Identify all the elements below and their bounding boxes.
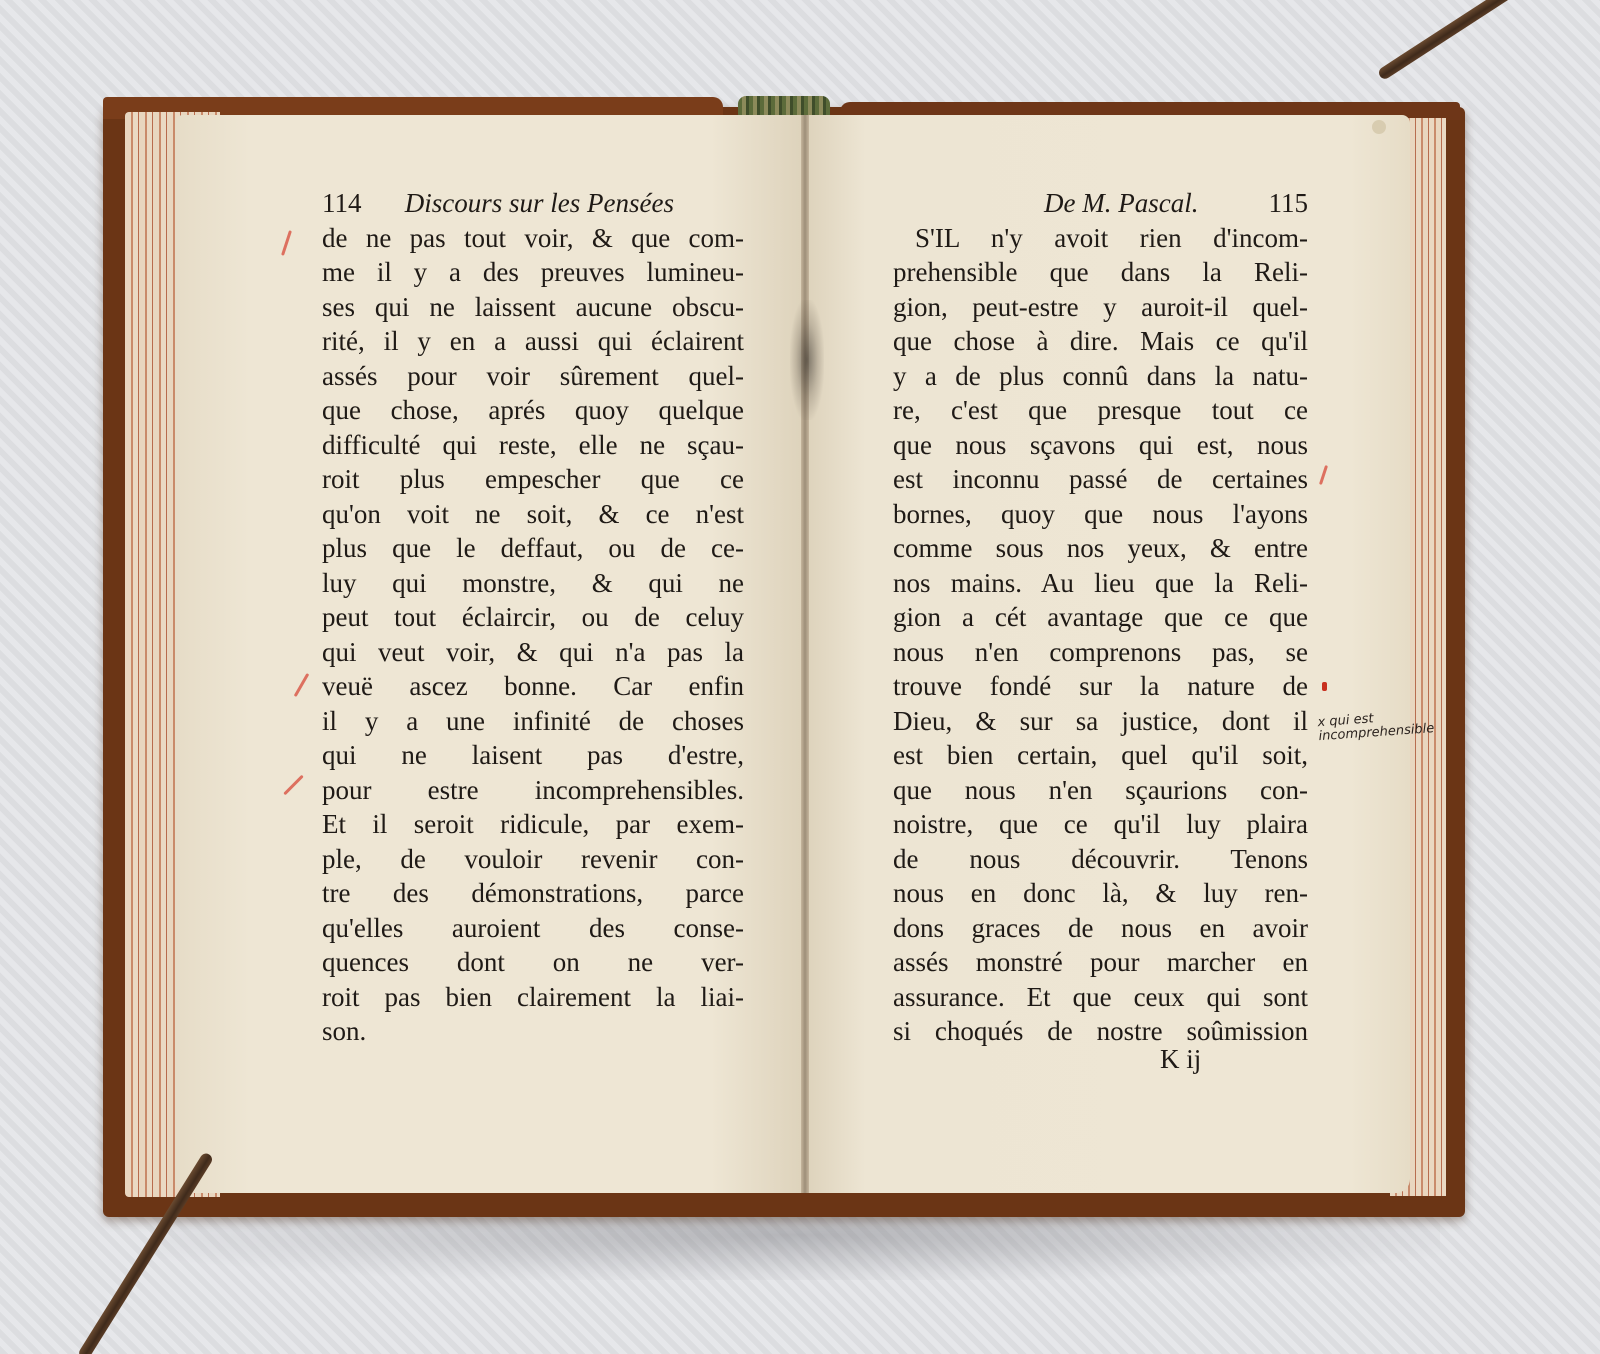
text-line: Dieu, & sur sa justice, dont il [893, 704, 1308, 739]
right-page-text: De M. Pascal. 115 S'IL n'y avoit rien d'… [893, 186, 1308, 1049]
running-head-title: De M. Pascal. [1044, 186, 1198, 221]
text-line: roit plus empescher que ce [322, 462, 744, 497]
text-line: ple, de vouloir revenir con- [322, 842, 744, 877]
text-line: prehensible que dans la Reli- [893, 255, 1308, 290]
text-line: de ne pas tout voir, & que com- [322, 221, 744, 256]
text-line: quences dont on ne ver- [322, 945, 744, 980]
text-line: roit pas bien clairement la liai- [322, 980, 744, 1015]
text-line: trouve fondé sur la nature de [893, 669, 1308, 704]
text-line: me il y a des preuves lumineu- [322, 255, 744, 290]
text-line: nous n'en comprenons pas, se [893, 635, 1308, 670]
page-number: 115 [1269, 186, 1309, 221]
text-line: que chose à dire. Mais ce qu'il [893, 324, 1308, 359]
text-line: dons graces de nous en avoir [893, 911, 1308, 946]
text-line: nos mains. Au lieu que la Reli- [893, 566, 1308, 601]
text-line: si choqués de nostre soûmission [893, 1014, 1308, 1049]
text-line: il y a une infinité de choses [322, 704, 744, 739]
text-line: nous en donc là, & luy ren- [893, 876, 1308, 911]
text-line: peut tout éclaircir, ou de celuy [322, 600, 744, 635]
signature-mark: K ij [1160, 1044, 1201, 1075]
text-line: rité, il y en a aussi qui éclairent [322, 324, 744, 359]
text-line: est inconnu passé de certaines [893, 462, 1308, 497]
text-line: son. [322, 1014, 744, 1049]
text-line: que chose, aprés quoy quelque [322, 393, 744, 428]
text-line: assés pour voir sûrement quel- [322, 359, 744, 394]
text-line: gion, peut-estre y auroit-il quel- [893, 290, 1308, 325]
right-running-head: De M. Pascal. 115 [893, 186, 1308, 221]
text-line: gion a cét avantage que ce que [893, 600, 1308, 635]
text-line: bornes, quoy que nous l'ayons [893, 497, 1308, 532]
text-line: luy qui monstre, & qui ne [322, 566, 744, 601]
book-gutter [801, 115, 809, 1193]
text-line: que nous n'en sçaurions con- [893, 773, 1308, 808]
text-line: plus que le deffaut, ou de ce- [322, 531, 744, 566]
text-line: assurance. Et que ceux qui sont [893, 980, 1308, 1015]
text-line: ses qui ne laissent aucune obscu- [322, 290, 744, 325]
text-line: est bien certain, quel qu'il soit, [893, 738, 1308, 773]
text-line: y a de plus connû dans la natu- [893, 359, 1308, 394]
ink-smudge [790, 300, 824, 420]
text-line: qu'on voit ne soit, & ce n'est [322, 497, 744, 532]
text-line: S'IL n'y avoit rien d'incom- [893, 221, 1308, 256]
text-line: comme sous nos yeux, & entre [893, 531, 1308, 566]
text-line: qui veut voir, & qui n'a pas la [322, 635, 744, 670]
running-head-title: Discours sur les Pensées [405, 186, 674, 221]
text-line: qu'elles auroient des conse- [322, 911, 744, 946]
left-page-text: 114 Discours sur les Pensées de ne pas t… [322, 186, 744, 1049]
text-line: pour estre incomprehensibles. [322, 773, 744, 808]
text-line: veuë asсez bonne. Car enfin [322, 669, 744, 704]
red-margin-dot [1322, 682, 1327, 691]
text-line: que nous sçavons qui est, nous [893, 428, 1308, 463]
text-line: noistre, que ce qu'il luy plaira [893, 807, 1308, 842]
text-line: re, c'est que presque tout ce [893, 393, 1308, 428]
left-running-head: 114 Discours sur les Pensées [322, 186, 744, 221]
page-number: 114 [322, 186, 362, 221]
text-line: tre des démonstrations, parce [322, 876, 744, 911]
text-line: Et il seroit ridicule, par exem- [322, 807, 744, 842]
rod-tip [1372, 120, 1386, 134]
text-line: difficulté qui reste, elle ne sçau- [322, 428, 744, 463]
text-line: de nous découvrir. Tenons [893, 842, 1308, 877]
metal-rod-top [1377, 0, 1585, 81]
text-line: assés monstré pour marcher en [893, 945, 1308, 980]
text-line: qui ne laisent pas d'estre, [322, 738, 744, 773]
